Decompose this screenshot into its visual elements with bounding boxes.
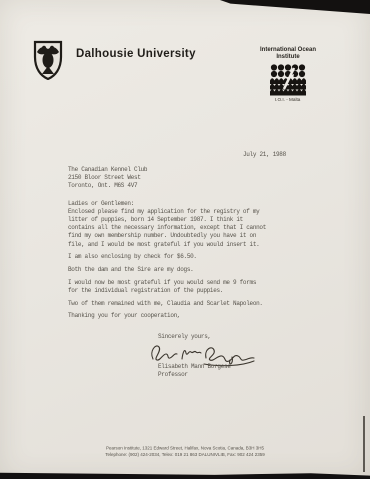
recipient-line: Toronto, Ont. M6S 4V7 (68, 182, 296, 190)
paragraph: Two of them remained with me, Claudia an… (68, 300, 296, 308)
scanned-letter-page: Dalhousie University International Ocean… (0, 0, 370, 479)
paragraph: I am also enclosing by check for $6.50. (68, 253, 296, 261)
paragraph: Both the dam and the Sire are my dogs. (68, 266, 296, 274)
signed-title: Professor (158, 371, 296, 379)
recipient-line: 2150 Bloor Street West (68, 174, 296, 182)
closing-block: Sincerely yours, Elisabeth Mann Borgese … (158, 333, 296, 380)
institute-caption: I.O.I. - Malta (251, 97, 325, 102)
scan-edge-right (363, 416, 365, 472)
letterhead: Dalhousie University (33, 40, 196, 80)
letter-paper: Dalhousie University International Ocean… (0, 0, 370, 479)
letter-date: July 21, 1988 (243, 151, 286, 159)
recipient-line: The Canadian Kennel Club (68, 166, 296, 174)
signed-name: Elisabeth Mann Borgese (158, 363, 296, 371)
salutation: Ladies or Gentlemen: (68, 200, 296, 208)
letter-body: The Canadian Kennel Club 2150 Bloor Stre… (68, 166, 296, 379)
paragraph: Thanking you for your cooperation, (68, 312, 296, 320)
dalhousie-crest-icon (33, 40, 63, 80)
ioi-waves-logo-icon (270, 63, 306, 96)
paragraph: I would now be most grateful if you woul… (68, 279, 296, 295)
institute-name: International Ocean Institute (251, 47, 325, 60)
university-name: Dalhousie University (76, 48, 196, 60)
letter-footer: Pearson Institute, 1321 Edward Street, H… (0, 445, 370, 471)
footer-text: Pearson Institute, 1321 Edward Street, H… (0, 445, 370, 458)
footer-contact: Telephone: (902) 424-2034, Telex: 019 21… (0, 452, 370, 459)
paragraph: Enclosed please find my application for … (68, 208, 296, 249)
institute-block: International Ocean Institute I.O.I. - M… (251, 47, 325, 106)
